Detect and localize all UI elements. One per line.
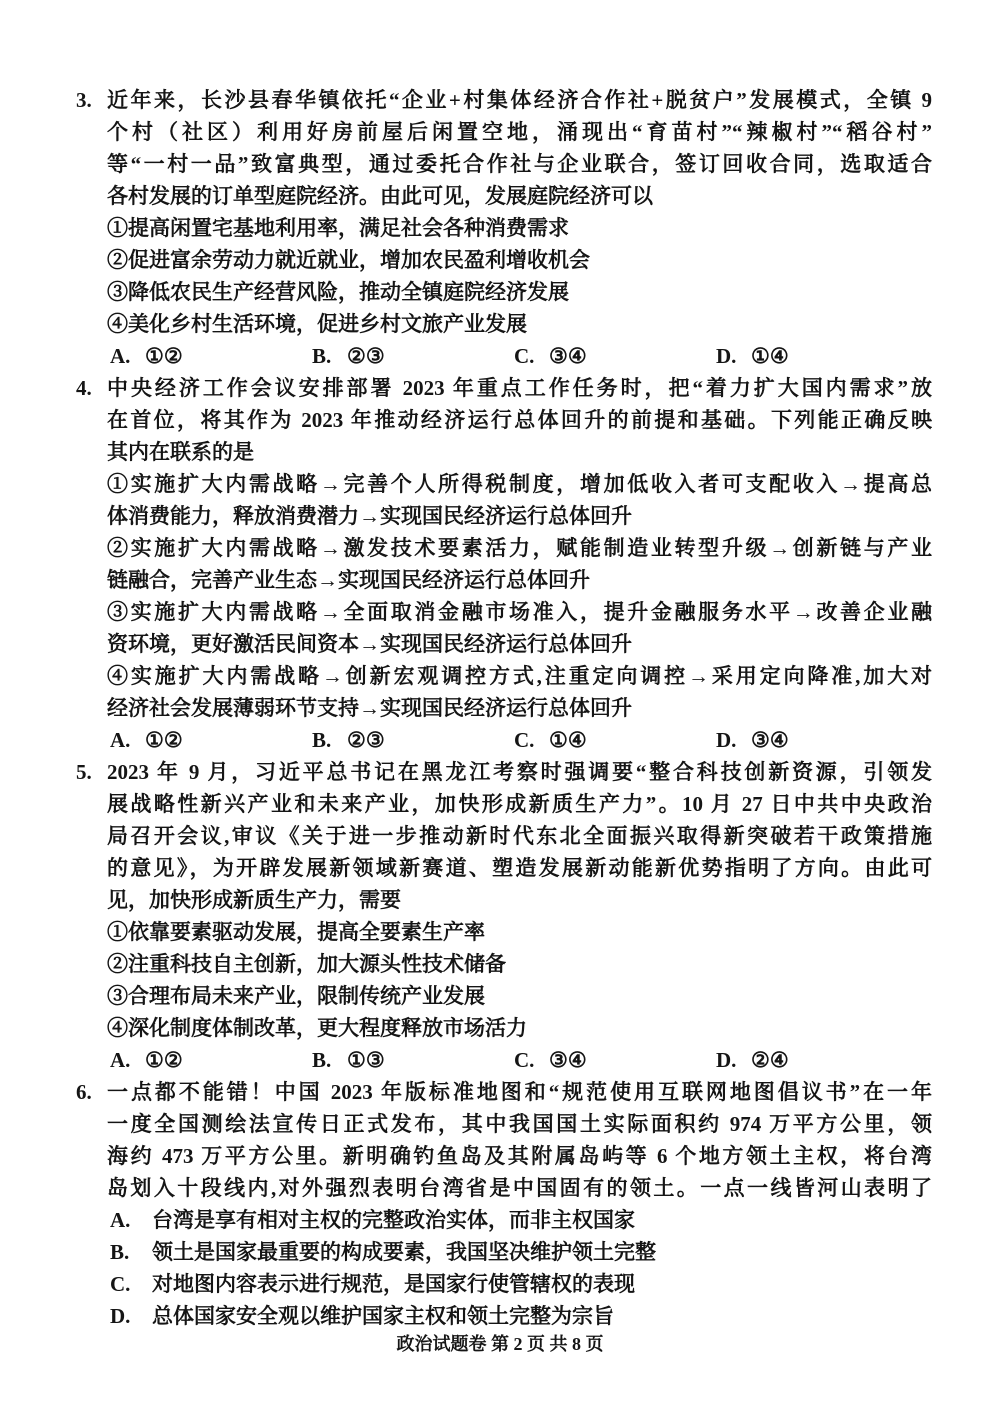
- option-c: C.③④: [511, 340, 713, 372]
- statement-4: ④美化乡村生活环境，促进乡村文旅产业发展: [107, 308, 932, 340]
- exam-paper-page: 3. 近年来，长沙县春华镇依托“企业+村集体经济合作社+脱贫户”发展模式，全镇 …: [0, 0, 1000, 1412]
- option-label: A.: [110, 1204, 152, 1236]
- option-label: A.: [110, 1044, 136, 1076]
- option-label: D.: [110, 1300, 152, 1332]
- document-body: 3. 近年来，长沙县春华镇依托“企业+村集体经济合作社+脱贫户”发展模式，全镇 …: [76, 84, 932, 1332]
- option-label: B.: [312, 340, 338, 372]
- option-b: B.②③: [309, 724, 511, 756]
- option-value: ②④: [751, 1048, 789, 1072]
- option-d: D.总体国家安全观以维护国家主权和领土完整为宗旨: [107, 1300, 932, 1332]
- option-label: B.: [312, 724, 338, 756]
- options-row: A.①② B.②③ C.①④ D.③④: [107, 724, 932, 756]
- statement-3: ③实施扩大内需战略→全面取消金融市场准入，提升金融服务水平→改善企业融: [107, 596, 932, 628]
- option-c: C.①④: [511, 724, 713, 756]
- text-line: 海约 473 万平方公里。新明确钓鱼岛及其附属岛屿等 6 个地方领土主权，将台湾: [107, 1140, 932, 1172]
- statement-4: ④实施扩大内需战略→创新宏观调控方式,注重定向调控→采用定向降准,加大对: [107, 660, 932, 692]
- option-value: ②③: [347, 344, 385, 368]
- option-c: C.③④: [511, 1044, 713, 1076]
- question-4: 4. 中央经济工作会议安排部署 2023 年重点工作任务时，把“着力扩大国内需求…: [76, 372, 932, 756]
- option-value: ①④: [751, 344, 789, 368]
- option-label: B.: [312, 1044, 338, 1076]
- option-text: 台湾是享有相对主权的完整政治实体，而非主权国家: [152, 1208, 635, 1232]
- statement-1: ①提高闲置宅基地利用率，满足社会各种消费需求: [107, 212, 932, 244]
- option-value: ③④: [549, 1048, 587, 1072]
- option-label: C.: [514, 1044, 540, 1076]
- option-a: A.台湾是享有相对主权的完整政治实体，而非主权国家: [107, 1204, 932, 1236]
- option-value: ①③: [347, 1048, 385, 1072]
- statement-4: ④深化制度体制改革，更大程度释放市场活力: [107, 1012, 932, 1044]
- option-label: B.: [110, 1236, 152, 1268]
- text-line: 岛划入十段线内,对外强烈表明台湾省是中国固有的领土。一点一线皆河山表明了: [107, 1172, 932, 1204]
- text-line: 其内在联系的是: [107, 436, 932, 468]
- option-value: ①②: [145, 344, 183, 368]
- option-a: A.①②: [107, 724, 309, 756]
- option-label: C.: [110, 1268, 152, 1300]
- option-d: D.②④: [713, 1044, 915, 1076]
- option-d: D.③④: [713, 724, 915, 756]
- option-a: A.①②: [107, 340, 309, 372]
- option-label: D.: [716, 340, 742, 372]
- question-number: 6.: [76, 1076, 107, 1108]
- text-line: 在首位，将其作为 2023 年推动经济运行总体回升的前提和基础。下列能正确反映: [107, 404, 932, 436]
- option-value: ①④: [549, 728, 587, 752]
- question-5: 5. 2023 年 9 月，习近平总书记在黑龙江考察时强调要“整合科技创新资源，…: [76, 756, 932, 1076]
- text-line: 各村发展的订单型庭院经济。由此可见，发展庭院经济可以: [107, 180, 932, 212]
- options-row: A.①② B.①③ C.③④ D.②④: [107, 1044, 932, 1076]
- option-label: C.: [514, 340, 540, 372]
- text-line: 一点都不能错！中国 2023 年版标准地图和“规范使用互联网地图倡议书”在一年: [107, 1076, 932, 1108]
- text-line: 中央经济工作会议安排部署 2023 年重点工作任务时，把“着力扩大国内需求”放: [107, 372, 932, 404]
- option-label: A.: [110, 340, 136, 372]
- option-text: 对地图内容表示进行规范，是国家行使管辖权的表现: [152, 1272, 635, 1296]
- option-value: ③④: [549, 344, 587, 368]
- statement-3-cont: 资环境，更好激活民间资本→实现国民经济运行总体回升: [107, 628, 932, 660]
- option-value: ①②: [145, 728, 183, 752]
- statement-1-cont: 体消费能力，释放消费潜力→实现国民经济运行总体回升: [107, 500, 932, 532]
- question-number: 3.: [76, 84, 107, 116]
- statement-3: ③降低农民生产经营风险，推动全镇庭院经济发展: [107, 276, 932, 308]
- question-6: 6. 一点都不能错！中国 2023 年版标准地图和“规范使用互联网地图倡议书”在…: [76, 1076, 932, 1332]
- text-line: 局召开会议,审议《关于进一步推动新时代东北全面振兴取得新突破若干政策措施: [107, 820, 932, 852]
- statement-4-cont: 经济社会发展薄弱环节支持→实现国民经济运行总体回升: [107, 692, 932, 724]
- statement-2: ②注重科技自主创新，加大源头性技术储备: [107, 948, 932, 980]
- option-label: D.: [716, 724, 742, 756]
- statement-2: ②实施扩大内需战略→激发技术要素活力，赋能制造业转型升级→创新链与产业: [107, 532, 932, 564]
- question-number: 5.: [76, 756, 107, 788]
- text-line: 见，加快形成新质生产力，需要: [107, 884, 932, 916]
- text-line: 的意见》，为开辟发展新领域新赛道、塑造发展新动能新优势指明了方向。由此可: [107, 852, 932, 884]
- statement-2-cont: 链融合，完善产业生态→实现国民经济运行总体回升: [107, 564, 932, 596]
- text-line: 个村（社区）利用好房前屋后闲置空地，涌现出“育苗村”“辣椒村”“稻谷村”: [107, 116, 932, 148]
- text-line: 等“一村一品”致富典型，通过委托合作社与企业联合，签订回收合同，选取适合: [107, 148, 932, 180]
- text-line: 一度全国测绘法宣传日正式发布，其中我国国土实际面积约 974 万平方公里，领: [107, 1108, 932, 1140]
- options-row: A.①② B.②③ C.③④ D.①④: [107, 340, 932, 372]
- option-label: C.: [514, 724, 540, 756]
- option-b: B.领土是国家最重要的构成要素，我国坚决维护领土完整: [107, 1236, 932, 1268]
- option-b: B.②③: [309, 340, 511, 372]
- statement-2: ②促进富余劳动力就近就业，增加农民盈利增收机会: [107, 244, 932, 276]
- question-number: 4.: [76, 372, 107, 404]
- statement-1: ①实施扩大内需战略→完善个人所得税制度，增加低收入者可支配收入→提高总: [107, 468, 932, 500]
- option-value: ①②: [145, 1048, 183, 1072]
- statement-1: ①依靠要素驱动发展，提高全要素生产率: [107, 916, 932, 948]
- option-label: A.: [110, 724, 136, 756]
- statement-3: ③合理布局未来产业，限制传统产业发展: [107, 980, 932, 1012]
- option-text: 总体国家安全观以维护国家主权和领土完整为宗旨: [152, 1304, 614, 1328]
- option-label: D.: [716, 1044, 742, 1076]
- option-value: ③④: [751, 728, 789, 752]
- question-3: 3. 近年来，长沙县春华镇依托“企业+村集体经济合作社+脱贫户”发展模式，全镇 …: [76, 84, 932, 372]
- option-d: D.①④: [713, 340, 915, 372]
- option-b: B.①③: [309, 1044, 511, 1076]
- option-value: ②③: [347, 728, 385, 752]
- option-text: 领土是国家最重要的构成要素，我国坚决维护领土完整: [152, 1240, 656, 1264]
- text-line: 展战略性新兴产业和未来产业，加快形成新质生产力”。10 月 27 日中共中央政治: [107, 788, 932, 820]
- option-a: A.①②: [107, 1044, 309, 1076]
- page-footer: 政治试题卷 第 2 页 共 8 页: [0, 1332, 1000, 1356]
- text-line: 近年来，长沙县春华镇依托“企业+村集体经济合作社+脱贫户”发展模式，全镇 9: [107, 84, 932, 116]
- text-line: 2023 年 9 月，习近平总书记在黑龙江考察时强调要“整合科技创新资源，引领发: [107, 756, 932, 788]
- option-c: C.对地图内容表示进行规范，是国家行使管辖权的表现: [107, 1268, 932, 1300]
